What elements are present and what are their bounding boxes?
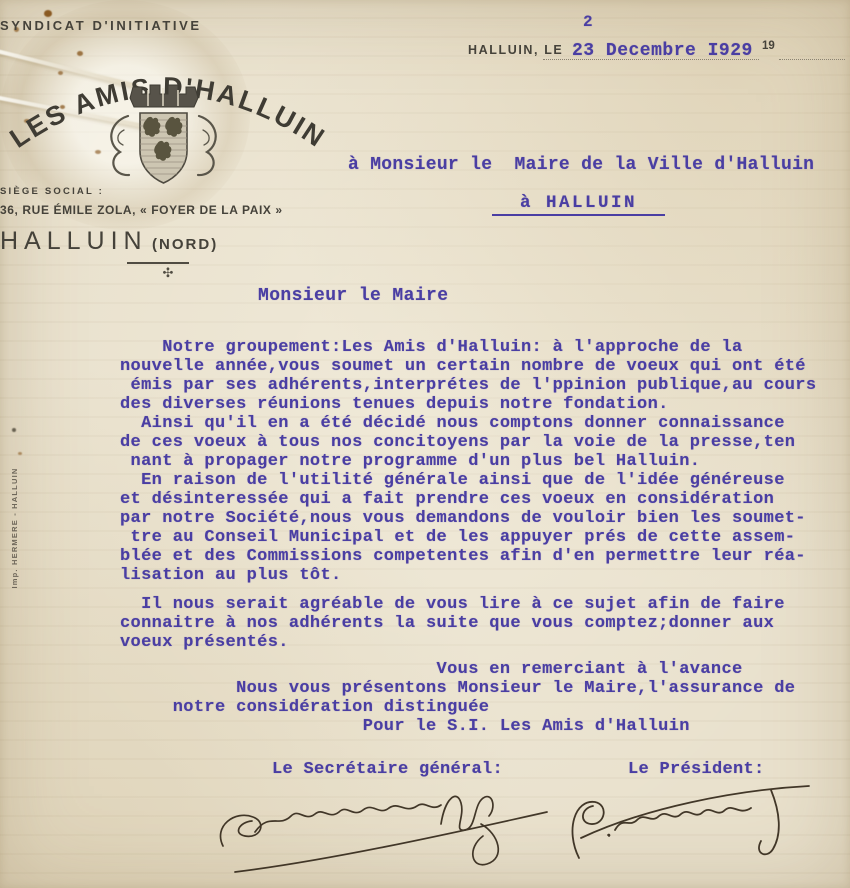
- ink-speck: [12, 428, 16, 432]
- rust-speck: [44, 10, 52, 17]
- year-prefix: 19: [762, 40, 775, 52]
- street-address: 36, RUE ÉMILE ZOLA, « FOYER DE LA PAIX »: [0, 203, 336, 217]
- crest-crown: [130, 85, 198, 107]
- body-line: par notre Société,nous vous demandons de…: [120, 509, 840, 528]
- salutation: Monsieur le Maire: [258, 286, 448, 306]
- body-line: Notre groupement:Les Amis d'Halluin: à l…: [120, 338, 840, 357]
- body-line: connaitre à nos adhérents la suite que v…: [120, 614, 840, 633]
- rust-speck: [18, 452, 22, 455]
- closing-line: Nous vous présentons Monsieur le Maire,l…: [120, 679, 840, 698]
- body-line: de ces voeux à tous nos concitoyens par …: [120, 433, 840, 452]
- coat-of-arms: [96, 80, 231, 192]
- printer-mark: Imp. HERMERE - HALLUIN: [10, 460, 22, 596]
- recipient-city-text: à HALLUIN: [492, 193, 665, 216]
- recipient-line: à Monsieur le Maire de la Ville d'Hallui…: [348, 155, 814, 175]
- closing-block: Vous en remerciant à l'avance Nous vous …: [120, 660, 840, 736]
- body-line: Il nous serait agréable de vous lire à c…: [120, 595, 840, 614]
- closing-line: Vous en remerciant à l'avance: [120, 660, 840, 679]
- siege-social-label: SIÈGE SOCIAL :: [0, 186, 336, 197]
- page-number: 2: [583, 13, 593, 31]
- body-line: nouvelle année,vous soumet un certain no…: [120, 357, 840, 376]
- body-line: voeux présentés.: [120, 633, 840, 652]
- body-line: blée et des Commissions competentes afin…: [120, 547, 840, 566]
- body-line: Ainsi qu'il en a été décidé nous compton…: [120, 414, 840, 433]
- body-paragraph-2: Il nous serait agréable de vous lire à c…: [120, 595, 840, 652]
- closing-line: Pour le S.I. Les Amis d'Halluin: [120, 717, 840, 736]
- body-line: lisation au plus tôt.: [120, 566, 840, 585]
- body-line: En raison de l'utilité générale ainsi qu…: [120, 471, 840, 490]
- city-line: HALLUIN (NORD): [0, 227, 336, 256]
- letter-body: Notre groupement:Les Amis d'Halluin: à l…: [120, 338, 840, 652]
- fleur-ornament-icon: ✣: [0, 265, 336, 281]
- typed-date: 23 Decembre I929: [572, 41, 753, 61]
- city-name: HALLUIN: [0, 227, 148, 255]
- org-type-heading: SYNDICAT D'INITIATIVE: [0, 18, 336, 33]
- crest-shield: [140, 113, 187, 183]
- secretary-signature: [220, 796, 547, 872]
- body-line: tre au Conseil Municipal et de les appuy…: [120, 528, 840, 547]
- body-line: des diverses réunions tenues depuis notr…: [120, 395, 840, 414]
- recipient-city: à HALLUIN: [492, 193, 665, 216]
- body-line: et désinteressée qui a fait prendre ces …: [120, 490, 840, 509]
- body-line: nant à propager notre programme d'un plu…: [120, 452, 840, 471]
- president-signature: [572, 786, 809, 858]
- signatures: [195, 772, 835, 884]
- place-date-label: HALLUIN, LE: [468, 43, 563, 57]
- department-name: (NORD): [152, 236, 218, 253]
- letterhead-divider: [127, 262, 189, 264]
- scanned-letter-page: SYNDICAT D'INITIATIVE LES AMIS D'HALLUIN: [0, 0, 850, 888]
- body-paragraph-1: Notre groupement:Les Amis d'Halluin: à l…: [120, 338, 840, 585]
- year-dotted-line: [779, 58, 845, 60]
- closing-line: notre considération distinguée: [120, 698, 840, 717]
- body-line: émis par ses adhérents,interprétes de l'…: [120, 376, 840, 395]
